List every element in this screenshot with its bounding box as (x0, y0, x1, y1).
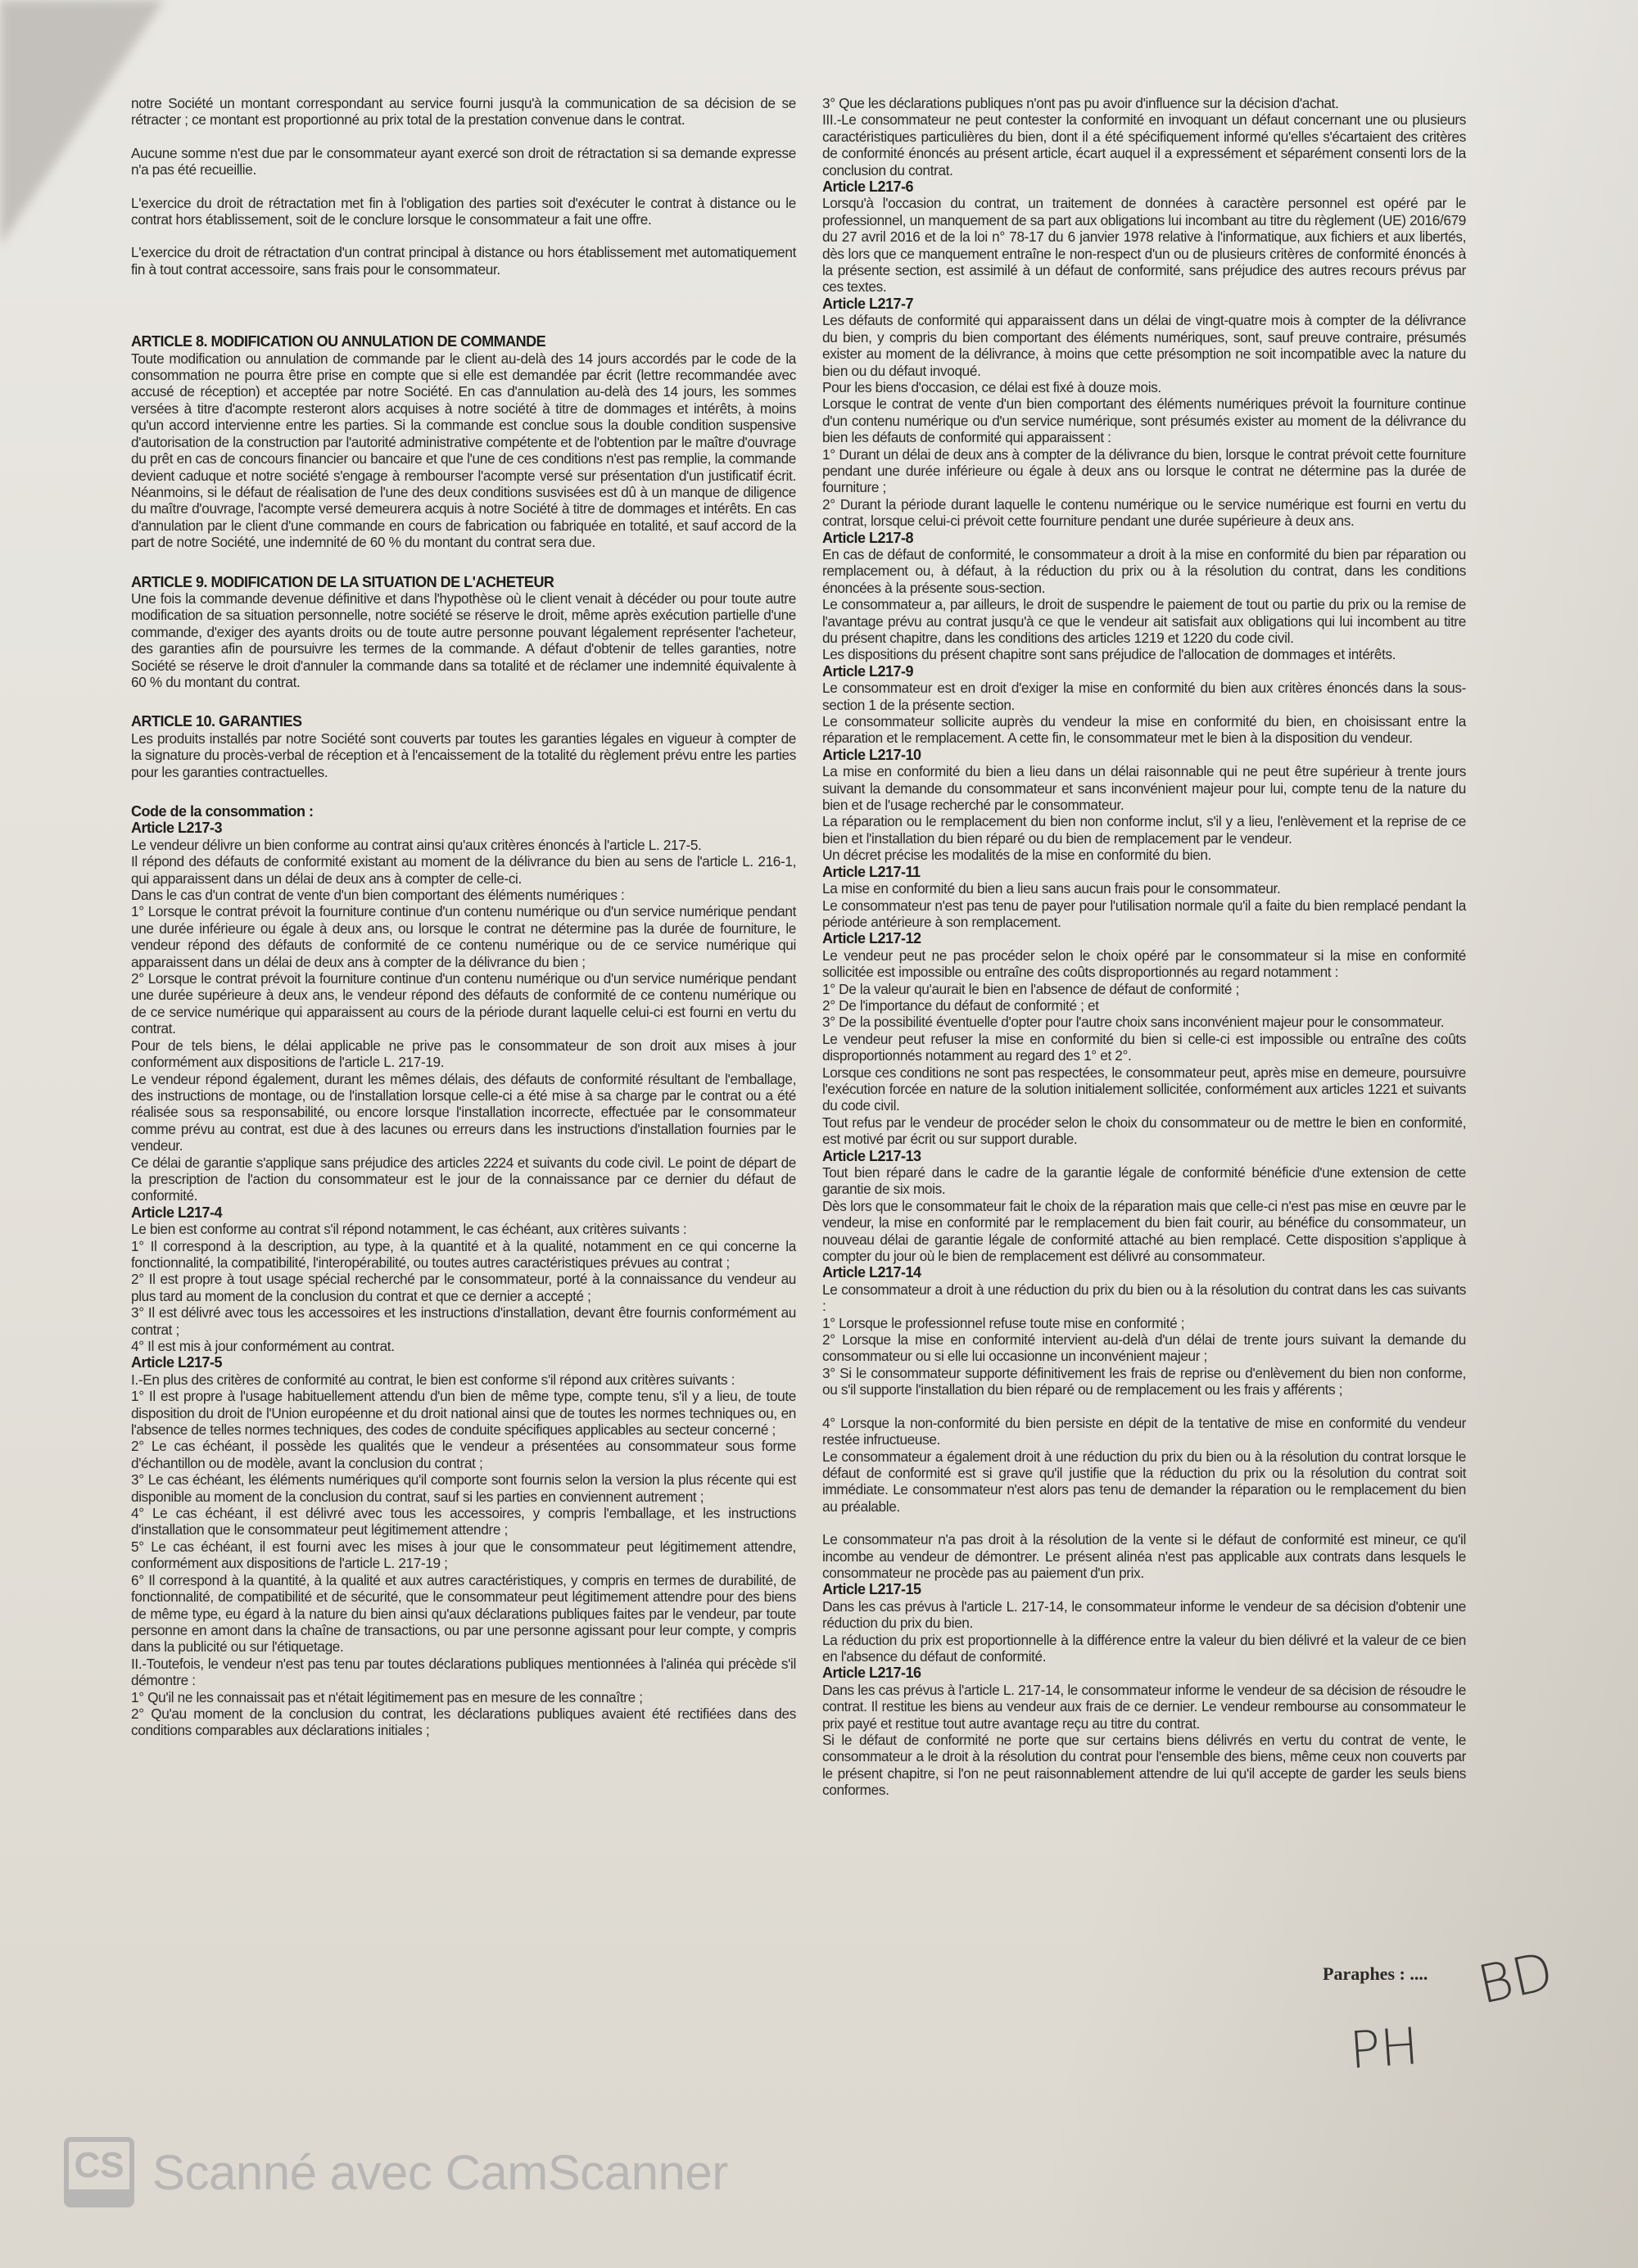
watermark-text: Scanné avec CamScanner (152, 2144, 728, 2201)
paragraph: Pour de tels biens, le délai applicable … (131, 1037, 796, 1071)
article-body: En cas de défaut de conformité, le conso… (822, 546, 1466, 663)
paragraph: Le consommateur n'est pas tenu de payer … (822, 897, 1466, 931)
paragraph: Aucune somme n'est due par le consommate… (131, 145, 796, 178)
article-heading: Article L217-6 (822, 178, 1466, 195)
paragraph: 1° Lorsque le professionnel refuse toute… (822, 1315, 1466, 1331)
paragraph: 5° Le cas échéant, il est fourni avec le… (131, 1538, 796, 1572)
paragraph: Pour les biens d'occasion, ce délai est … (822, 379, 1466, 395)
paragraph: La mise en conformité du bien a lieu san… (822, 880, 1466, 897)
paragraph: Le consommateur est en droit d'exiger la… (822, 680, 1466, 713)
paragraph: 4° Le cas échéant, il est délivré avec t… (131, 1505, 796, 1538)
paragraph: notre Société un montant correspondant a… (131, 95, 796, 129)
article-body: La mise en conformité du bien a lieu dan… (822, 763, 1466, 863)
article-body: I.-En plus des critères de conformité au… (131, 1371, 796, 1739)
article-body: Les défauts de conformité qui apparaisse… (822, 312, 1466, 529)
paragraph: Un décret précise les modalités de la mi… (822, 847, 1466, 863)
paragraph: 1° Il correspond à la description, au ty… (131, 1238, 796, 1272)
camscanner-watermark: CS Scanné avec CamScanner (64, 2137, 728, 2207)
paragraph: 2° Qu'au moment de la conclusion du cont… (131, 1706, 796, 1739)
left-column: notre Société un montant correspondant a… (131, 95, 796, 1739)
paragraph: L'exercice du droit de rétractation d'un… (131, 244, 796, 278)
paragraph: Dans les cas prévus à l'article L. 217-1… (822, 1598, 1466, 1632)
article-10: ARTICLE 10. GARANTIES Les produits insta… (131, 713, 796, 780)
paragraph: Dès lors que le consommateur fait le cho… (822, 1198, 1466, 1265)
article-body: Le vendeur peut ne pas procéder selon le… (822, 947, 1466, 1148)
paragraph: 1° Qu'il ne les connaissait pas et n'éta… (131, 1689, 796, 1706)
paragraph: Les défauts de conformité qui apparaisse… (822, 312, 1466, 379)
paragraph: Le consommateur a droit à une réduction … (822, 1281, 1466, 1315)
article-heading: Article L217-8 (822, 530, 1466, 546)
paragraph: Lorsque ces conditions ne sont pas respe… (822, 1064, 1466, 1114)
paragraph: Le bien est conforme au contrat s'il rép… (131, 1221, 796, 1237)
article-heading: Article L217-3 (131, 820, 796, 836)
paragraph: La mise en conformité du bien a lieu dan… (822, 763, 1466, 813)
article-heading: ARTICLE 10. GARANTIES (131, 713, 796, 730)
paragraph: L'exercice du droit de rétractation met … (131, 195, 796, 228)
paragraph: 2° Lorsque le contrat prévoit la fournit… (131, 970, 796, 1037)
paragraph: Ce délai de garantie s'applique sans pré… (131, 1154, 796, 1204)
paragraph: 3° Que les déclarations publiques n'ont … (822, 95, 1466, 111)
article-body: 3° Que les déclarations publiques n'ont … (822, 95, 1466, 178)
paragraph: 3° Il est délivré avec tous les accessoi… (131, 1304, 796, 1338)
paragraph: 2° Le cas échéant, il possède les qualit… (131, 1438, 796, 1471)
paragraph: 2° Il est propre à tout usage spécial re… (131, 1271, 796, 1304)
paragraph: Si le défaut de conformité ne porte que … (822, 1732, 1466, 1799)
paragraph: III.-Le consommateur ne peut contester l… (822, 111, 1466, 178)
article-body: Le consommateur n'a pas droit à la résol… (822, 1531, 1466, 1581)
article-body: Lorsqu'à l'occasion du contrat, un trait… (822, 195, 1466, 295)
paragraph: Le consommateur a également droit à une … (822, 1448, 1466, 1516)
right-column: 3° Que les déclarations publiques n'ont … (822, 95, 1466, 1799)
paragraph: Lorsqu'à l'occasion du contrat, un trait… (822, 195, 1466, 295)
article-body: Le bien est conforme au contrat s'il rép… (131, 1221, 796, 1354)
paragraph: Le vendeur délivre un bien conforme au c… (131, 837, 796, 853)
article-heading: Article L217-11 (822, 864, 1466, 880)
paragraph: 3° De la possibilité éventuelle d'opter … (822, 1014, 1466, 1030)
paragraph: Dans les cas prévus à l'article L. 217-1… (822, 1682, 1466, 1732)
article-heading: Article L217-9 (822, 663, 1466, 680)
article-heading: ARTICLE 8. MODIFICATION OU ANNULATION DE… (131, 333, 796, 350)
paragraph: La réduction du prix est proportionnelle… (822, 1632, 1466, 1665)
paragraph: 6° Il correspond à la quantité, à la qua… (131, 1572, 796, 1656)
paragraph: Le consommateur sollicite auprès du vend… (822, 713, 1466, 747)
article-heading: Article L217-15 (822, 1581, 1466, 1597)
camscanner-logo-icon: CS (64, 2137, 134, 2207)
article-heading: Article L217-12 (822, 930, 1466, 947)
paraphes-label: Paraphes : .... (1323, 1963, 1428, 1985)
handwritten-initials: PH (1348, 2016, 1421, 2081)
article-body: Le vendeur délivre un bien conforme au c… (131, 837, 796, 1204)
article-heading: Article L217-4 (131, 1204, 796, 1221)
paragraph: I.-En plus des critères de conformité au… (131, 1371, 796, 1388)
paragraph: 4° Lorsque la non-conformité du bien per… (822, 1415, 1466, 1448)
paragraph: En cas de défaut de conformité, le conso… (822, 546, 1466, 596)
article-body: Tout bien réparé dans le cadre de la gar… (822, 1164, 1466, 1264)
paragraph: II.-Toutefois, le vendeur n'est pas tenu… (131, 1656, 796, 1689)
paragraph: Le consommateur a, par ailleurs, le droi… (822, 596, 1466, 646)
article-9: ARTICLE 9. MODIFICATION DE LA SITUATION … (131, 574, 796, 691)
article-heading: Article L217-10 (822, 747, 1466, 763)
code-consommation: Code de la consommation : Article L217-3… (131, 803, 796, 1739)
paragraph: 2° Lorsque la mise en conformité intervi… (822, 1331, 1466, 1365)
paragraph: Les produits installés par notre Société… (131, 730, 796, 780)
paragraph: 2° De l'importance du défaut de conformi… (822, 997, 1466, 1014)
article-heading: Article L217-13 (822, 1148, 1466, 1164)
paragraph: Tout refus par le vendeur de procéder se… (822, 1114, 1466, 1148)
paragraph: Les dispositions du présent chapitre son… (822, 646, 1466, 662)
article-body: La mise en conformité du bien a lieu san… (822, 880, 1466, 930)
article-body: Le consommateur a droit à une réduction … (822, 1281, 1466, 1398)
paragraph: 1° De la valeur qu'aurait le bien en l'a… (822, 981, 1466, 997)
article-body: 4° Lorsque la non-conformité du bien per… (822, 1415, 1466, 1515)
article-heading: Article L217-7 (822, 296, 1466, 312)
paragraph: Le vendeur répond également, durant les … (131, 1071, 796, 1154)
paragraph: Le consommateur n'a pas droit à la résol… (822, 1531, 1466, 1581)
article-heading: Article L217-5 (131, 1354, 796, 1371)
paragraph: 2° Durant la période durant laquelle le … (822, 496, 1466, 530)
paragraph: Dans le cas d'un contrat de vente d'un b… (131, 887, 796, 903)
paragraph: 1° Lorsque le contrat prévoit la fournit… (131, 903, 796, 970)
paragraph: 1° Durant un délai de deux ans à compter… (822, 446, 1466, 496)
paragraph: Lorsque le contrat de vente d'un bien co… (822, 395, 1466, 445)
paragraph: Le vendeur peut ne pas procéder selon le… (822, 947, 1466, 981)
paragraph: La réparation ou le remplacement du bien… (822, 813, 1466, 847)
paragraph: 1° Il est propre à l'usage habituellemen… (131, 1388, 796, 1438)
article-heading: Article L217-14 (822, 1264, 1466, 1281)
paragraph: Le vendeur peut refuser la mise en confo… (822, 1031, 1466, 1064)
article-body: Dans les cas prévus à l'article L. 217-1… (822, 1682, 1466, 1799)
article-body: Dans les cas prévus à l'article L. 217-1… (822, 1598, 1466, 1665)
paragraph: Une fois la commande devenue définitive … (131, 590, 796, 690)
paragraph: Toute modification ou annulation de comm… (131, 350, 796, 551)
paragraph: Tout bien réparé dans le cadre de la gar… (822, 1164, 1466, 1198)
paragraph: Il répond des défauts de conformité exis… (131, 853, 796, 887)
article-body: Le consommateur est en droit d'exiger la… (822, 680, 1466, 747)
article-heading: ARTICLE 9. MODIFICATION DE LA SITUATION … (131, 574, 796, 590)
paragraph: 4° Il est mis à jour conformément au con… (131, 1338, 796, 1354)
article-heading: Article L217-16 (822, 1665, 1466, 1681)
paragraph: 3° Si le consommateur supporte définitiv… (822, 1365, 1466, 1398)
section-heading: Code de la consommation : (131, 803, 796, 820)
paragraph: 3° Le cas échéant, les éléments numériqu… (131, 1471, 796, 1505)
article-8: ARTICLE 8. MODIFICATION OU ANNULATION DE… (131, 333, 796, 550)
